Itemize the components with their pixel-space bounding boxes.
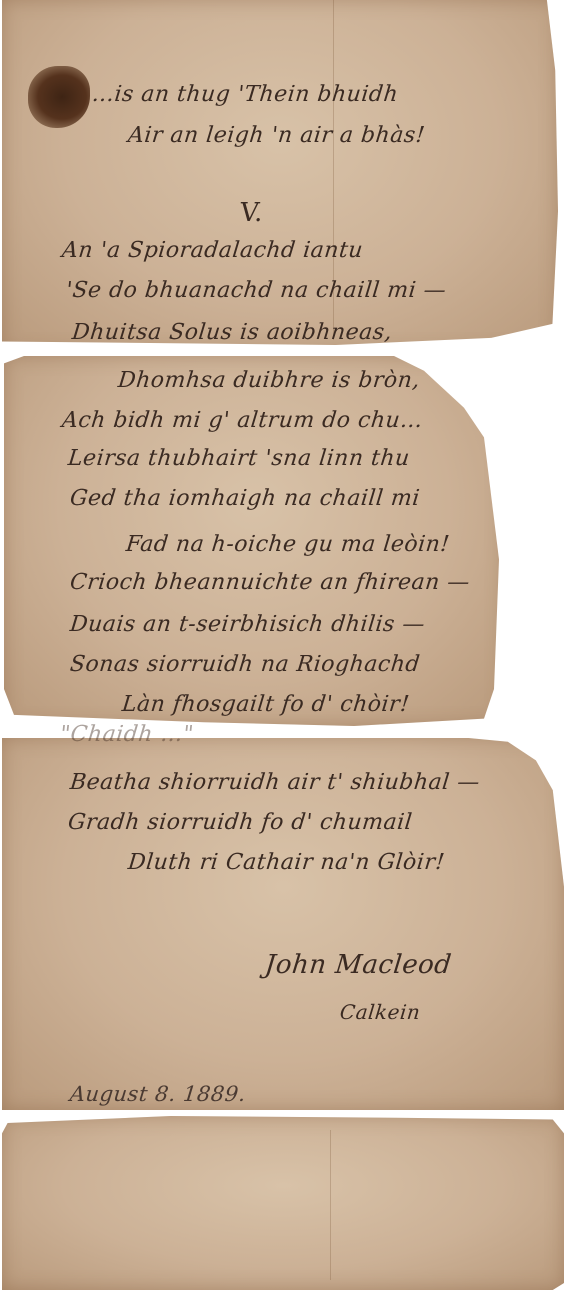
poem-line: Ach bidh mi g' altrum do chu… xyxy=(61,408,424,433)
poem-line: Duais an t-seirbhisich dhilis — xyxy=(69,612,427,637)
poem-line-faded: "Chaidh …" xyxy=(59,722,195,747)
poem-line: Ged tha iomhaigh na chaill mi xyxy=(69,486,422,511)
poem-line: An 'a Spioradalachd iantu xyxy=(61,238,365,263)
manuscript-fragment-4-blank xyxy=(2,1116,564,1290)
poem-line: Beatha shiorruidh air t' shiubhal — xyxy=(69,770,481,795)
poem-line: Dhuitsa Solus is aoibhneas, xyxy=(71,320,394,345)
poem-line: …is an thug 'Thein bhuidh xyxy=(91,82,400,107)
poem-line: Gradh siorruidh fo d' chumail xyxy=(67,810,414,835)
poem-line: Leirsa thubhairt 'sna linn thu xyxy=(67,446,411,471)
signature-name: John Macleod xyxy=(263,950,453,980)
poem-line: Air an leigh 'n air a bhàs! xyxy=(127,123,427,148)
poem-line: Sonas siorruidh na Rioghachd xyxy=(69,652,422,677)
stanza-numeral: V. xyxy=(238,198,265,228)
poem-line: Crioch bheannuichte an fhirean — xyxy=(69,570,471,595)
poem-line: Dhomhsa duibhre is bròn, xyxy=(117,368,422,393)
poem-line: 'Se do bhuanachd na chaill mi — xyxy=(65,278,448,303)
signature-place: Calkein xyxy=(339,1000,422,1024)
poem-line: Làn fhosgailt fo d' chòir! xyxy=(121,692,411,717)
fold-crease xyxy=(330,1130,331,1280)
poem-line: Dluth ri Cathair na'n Glòir! xyxy=(127,850,446,875)
poem-line: Fad na h-oiche gu ma leòin! xyxy=(125,532,451,557)
document-date: August 8. 1889. xyxy=(69,1082,247,1106)
